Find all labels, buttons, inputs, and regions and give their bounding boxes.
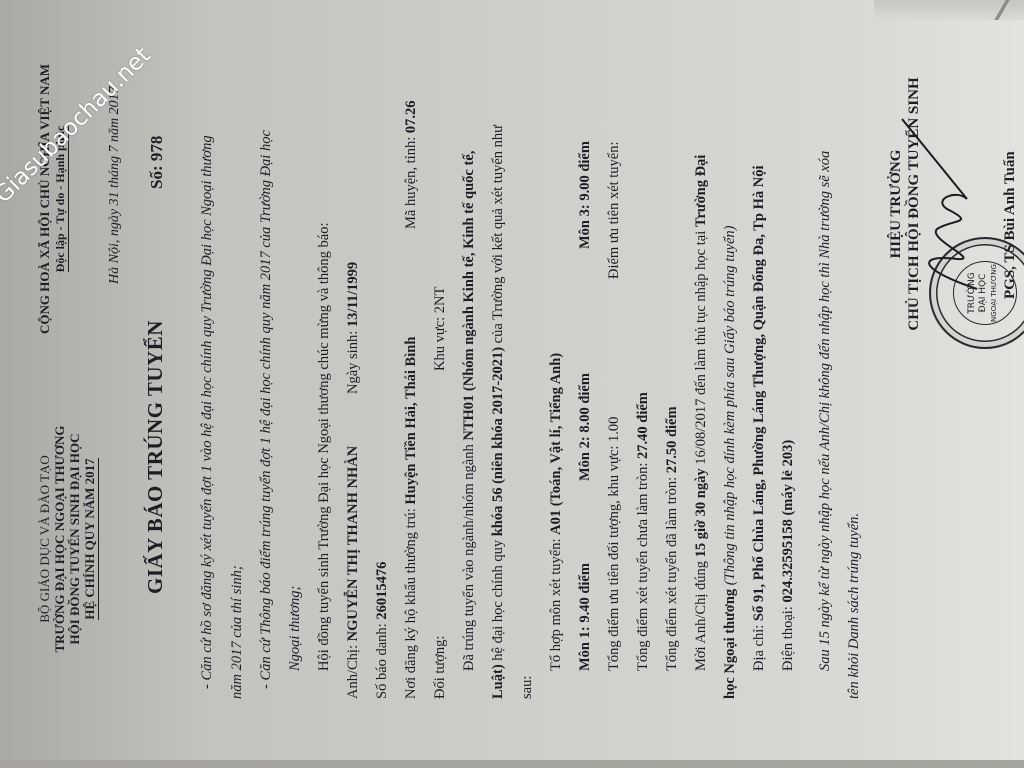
ministry-name: BỘ GIÁO DỤC VÀ ĐÀO TẠO	[37, 389, 52, 689]
warning-line-1: Sau 15 ngày kể từ ngày nhập học nếu Anh/…	[817, 151, 834, 671]
enrollment-line-2: học Ngoại thương (Thông tin nhập học đín…	[722, 226, 739, 699]
document-number: Số: 978	[147, 136, 167, 189]
handwritten-signature	[897, 109, 1017, 309]
paper-edge	[0, 760, 1024, 768]
subject-3-score: Môn 3: 9.00 điểm	[577, 141, 594, 249]
basis-line-1: - Căn cứ hồ sơ đăng ký xét tuyển đợt 1 v…	[199, 135, 216, 689]
warning-line-2: tên khỏi Danh sách trúng tuyển.	[846, 513, 863, 699]
candidate-id: 26015476	[374, 562, 390, 620]
enrollment-time: 15 giờ 30	[693, 502, 709, 558]
subject-combo-row: Tổ hợp môn xét tuyển: A01 (Toán, Vật lí,…	[548, 353, 565, 671]
region-row: Khu vực: 2NT	[432, 287, 449, 371]
issuer-header: BỘ GIÁO DỤC VÀ ĐÀO TẠO TRƯỜNG ĐẠI HỌC NG…	[37, 389, 99, 689]
basis-line-4: Ngoại thương;	[287, 586, 304, 671]
council-name: HỘI ĐỒNG TUYỂN SINH ĐẠI HỌC	[67, 389, 82, 689]
issue-date: Hà Nội, ngày 31 tháng 7 năm 2017	[107, 86, 123, 284]
candidate-id-row: Số báo danh: 26015476	[374, 562, 391, 699]
candidate-name-row: Anh/Chị: NGUYỄN THỊ THANH NHÀN	[345, 446, 362, 699]
total-unrounded-row: Tổng điểm xét tuyển chưa làm tròn: 27.40…	[635, 392, 652, 671]
total-rounded: 27.50 điểm	[664, 406, 680, 473]
district-code-row: Mã huyện, tỉnh: 07.26	[403, 101, 420, 229]
object-label: Đối tượng:	[432, 636, 449, 699]
district-code: 07.26	[403, 101, 419, 134]
address: Số 91, Phố Chùa Láng, Phường Láng Thượng…	[751, 165, 767, 621]
signer-name: PGS, TS Bùi Anh Tuấn	[1002, 151, 1019, 299]
enrollment-date: 16/08/2017	[693, 399, 709, 465]
admission-line-2: Luật) hệ đại học chính quy khóa 56 (niên…	[490, 125, 507, 699]
basis-line-2: năm 2017 của thí sinh;	[229, 565, 246, 699]
subject-2-score: Môn 2: 8.00 điểm	[577, 373, 594, 481]
candidate-dob-row: Ngày sinh: 13/11/1999	[345, 262, 362, 394]
total-unrounded: 27.40 điểm	[635, 392, 651, 459]
announcement: Hội đồng tuyển sinh Trường Đại học Ngoại…	[316, 222, 333, 671]
cohort: khóa 56 (niên khóa 2017-2021)	[490, 347, 506, 536]
university-name: TRƯỜNG ĐẠI HỌC NGOẠI THƯƠNG	[52, 389, 67, 689]
priority-extra-label: Điểm ưu tiên xét tuyển:	[606, 141, 623, 279]
subject-1-score: Môn 1: 9.40 điểm	[577, 563, 594, 671]
priority-row: Tổng điểm ưu tiên đối tượng, khu vực: 1.…	[606, 417, 623, 671]
priority-score: 1.00	[606, 417, 622, 442]
candidate-dob: 13/11/1999	[345, 262, 361, 327]
nation-name: CỘNG HOÀ XÃ HỘI CHỦ NGHĨA VIỆT NAM	[37, 34, 52, 364]
region: 2NT	[432, 287, 448, 314]
admission-line-3: sau:	[519, 676, 536, 699]
national-header: CỘNG HOÀ XÃ HỘI CHỦ NGHĨA VIỆT NAM Độc l…	[37, 34, 69, 364]
enrollment-line-1: Mời Anh/Chị đúng 15 giờ 30 ngày 16/08/20…	[693, 155, 710, 671]
admission-line-1: Đã trúng tuyển vào ngành/nhóm ngành NTH0…	[461, 151, 478, 671]
basis-line-3: - Căn cứ Thông báo điểm trúng tuyển đợt …	[258, 130, 275, 689]
total-rounded-row: Tổng điểm xét tuyển đã làm tròn: 27.50 đ…	[664, 406, 681, 671]
enrollment-note: (Thông tin nhập học đính kèm phía sau Gi…	[722, 226, 738, 589]
candidate-name: NGUYỄN THỊ THANH NHÀN	[345, 446, 361, 642]
admitted-major: NTH01 (Nhóm ngành Kinh tế, Kinh tế quốc …	[461, 151, 477, 441]
admission-letter: BỘ GIÁO DỤC VÀ ĐÀO TẠO TRƯỜNG ĐẠI HỌC NG…	[17, 19, 1007, 749]
address-row: Địa chỉ: Số 91, Phố Chùa Láng, Phường Lá…	[751, 165, 768, 671]
floor-background	[874, 0, 1024, 20]
residence: Huyện Tiền Hải, Thái Bình	[403, 337, 419, 505]
program-name: HỆ CHÍNH QUY NĂM 2017	[82, 458, 99, 619]
residence-row: Nơi đăng ký hộ khẩu thường trú: Huyện Ti…	[403, 337, 420, 699]
subject-combo: A01 (Toán, Vật lí, Tiếng Anh)	[548, 353, 564, 535]
phone-row: Điện thoại: 024.32595158 (máy lẻ 203)	[780, 440, 797, 671]
phone: 024.32595158 (máy lẻ 203)	[780, 440, 796, 603]
document-title: GIẤY BÁO TRÚNG TUYỂN	[143, 320, 168, 594]
